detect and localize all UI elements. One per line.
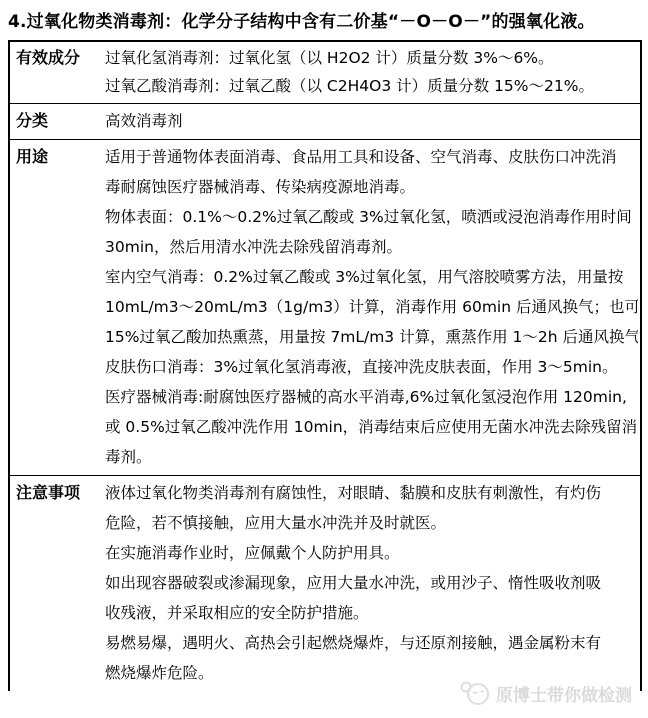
text-line: 适用于普通物体表面消毒、食品用工具和设备、空气消毒、皮肤伤口冲洗消 xyxy=(105,142,638,172)
watermark-text: 原博士带你做检测 xyxy=(496,681,632,706)
table-row-classification: 分类 高效消毒剂 xyxy=(10,104,640,140)
text-line: 危险，若不慎接触，应用大量水冲洗并及时就医。 xyxy=(105,508,638,538)
text-line: 在实施消毒作业时，应佩戴个人防护用具。 xyxy=(105,538,638,568)
mascot-face-icon xyxy=(459,680,491,706)
text-line: 收残液，并采取相应的安全防护措施。 xyxy=(105,598,638,628)
table-row-precautions: 注意事项 液体过氧化物类消毒剂有腐蚀性，对眼睛、黏膜和皮肤有刺激性，有灼伤危险，… xyxy=(10,476,640,691)
disinfectant-info-table: 有效成分 过氧化氢消毒剂：过氧化氢（以 H2O2 计）质量分数 3%～6%。过氧… xyxy=(8,40,642,691)
text-line: 毒耐腐蚀医疗器械消毒、传染病疫源地消毒。 xyxy=(105,172,638,202)
text-line: 10mL/m3～20mL/m3（1g/m3）计算，消毒作用 60min 后通风换… xyxy=(105,292,638,322)
row-content: 高效消毒剂 xyxy=(105,106,640,136)
table-row-active-ingredients: 有效成分 过氧化氢消毒剂：过氧化氢（以 H2O2 计）质量分数 3%～6%。过氧… xyxy=(10,42,640,104)
doc-title: 4.过氧化物类消毒剂：化学分子结构中含有二价基“－O－O－”的强氧化液。 xyxy=(8,7,640,32)
text-line: 高效消毒剂 xyxy=(105,106,638,136)
text-line: 易燃易爆，遇明火、高热会引起燃烧爆炸，与还原剂接触，遇金属粉末有 xyxy=(105,628,638,658)
text-line: 室内空气消毒：0.2%过氧乙酸或 3%过氧化氢，用气溶胶喷雾方法，用量按 xyxy=(105,262,638,292)
text-line: 毒剂。 xyxy=(105,442,638,472)
row-label: 用途 xyxy=(10,142,105,472)
table-row-usage: 用途 适用于普通物体表面消毒、食品用工具和设备、空气消毒、皮肤伤口冲洗消毒耐腐蚀… xyxy=(10,140,640,476)
text-line: 皮肤伤口消毒：3%过氧化氢消毒液，直接冲洗皮肤表面，作用 3～5min。 xyxy=(105,352,638,382)
text-line: 液体过氧化物类消毒剂有腐蚀性，对眼睛、黏膜和皮肤有刺激性，有灼伤 xyxy=(105,478,638,508)
row-label: 注意事项 xyxy=(10,478,105,688)
row-content: 液体过氧化物类消毒剂有腐蚀性，对眼睛、黏膜和皮肤有刺激性，有灼伤危险，若不慎接触… xyxy=(105,478,640,688)
text-line: 30min，然后用清水冲洗去除残留消毒剂。 xyxy=(105,232,638,262)
text-line: 15%过氧乙酸加热熏蒸，用量按 7mL/m3 计算，熏蒸作用 1～2h 后通风换… xyxy=(105,322,638,352)
text-line: 如出现容器破裂或渗漏现象，应用大量水冲洗，或用沙子、惰性吸收剂吸 xyxy=(105,568,638,598)
text-line: 医疗器械消毒:耐腐蚀医疗器械的高水平消毒,6%过氧化氢浸泡作用 120min, xyxy=(105,382,638,412)
text-line: 物体表面：0.1%～0.2%过氧乙酸或 3%过氧化氢，喷洒或浸泡消毒作用时间 xyxy=(105,202,638,232)
watermark: 原博士带你做检测 xyxy=(459,680,632,706)
text-line: 或 0.5%过氧乙酸冲洗作用 10min，消毒结束后应使用无菌水冲洗去除残留消 xyxy=(105,412,638,442)
row-label: 分类 xyxy=(10,106,105,136)
row-label: 有效成分 xyxy=(10,44,105,100)
text-line: 过氧乙酸消毒剂：过氧乙酸（以 C2H4O3 计）质量分数 15%～21%。 xyxy=(105,72,638,100)
row-content: 适用于普通物体表面消毒、食品用工具和设备、空气消毒、皮肤伤口冲洗消毒耐腐蚀医疗器… xyxy=(105,142,640,472)
text-line: 过氧化氢消毒剂：过氧化氢（以 H2O2 计）质量分数 3%～6%。 xyxy=(105,44,638,72)
document-page: 4.过氧化物类消毒剂：化学分子结构中含有二价基“－O－O－”的强氧化液。 有效成… xyxy=(0,0,648,718)
row-content: 过氧化氢消毒剂：过氧化氢（以 H2O2 计）质量分数 3%～6%。过氧乙酸消毒剂… xyxy=(105,44,640,100)
